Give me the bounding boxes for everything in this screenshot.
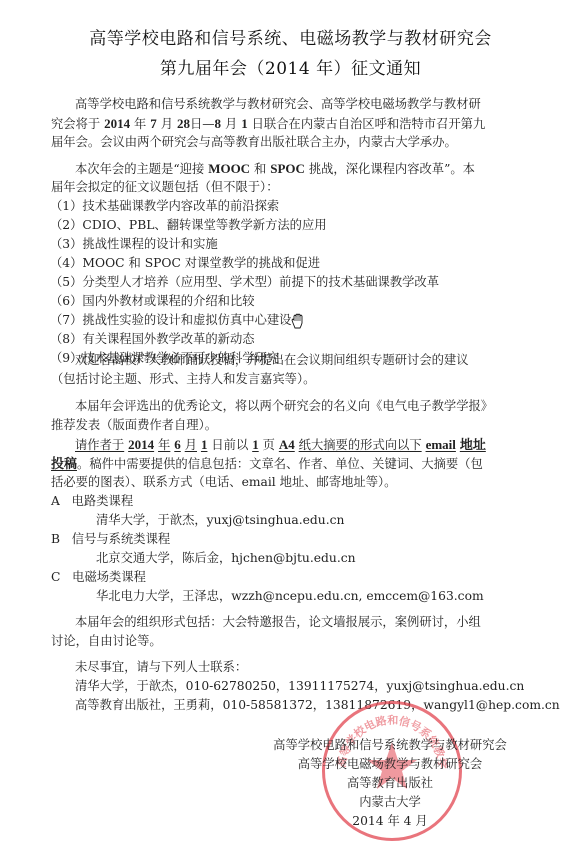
category-letter: B [51, 532, 60, 546]
topic-item-7: （7）挑战性实验的设计和虚拟仿真中心建设 [50, 312, 291, 329]
text: 。稿件中需要提供的信息包括：文章名、作者、单位、关键词、大摘要（包 [77, 457, 483, 471]
category-name: 信号与系统类课程 [72, 532, 170, 546]
topic-item-1: （1）技术基础课教学内容改革的前沿探索 [50, 198, 279, 215]
document-page: 高等学校电路和信号系统、电磁场教学与教材研究会 第九届年会（2014 年）征文通… [0, 0, 581, 857]
para2-line1: 本次年会的主题是“迎接 MOOC 和 SPOC 挑战，深化课程内容改革”。本 [75, 160, 475, 178]
text: 日— [190, 117, 215, 131]
para4-line2: 推荐发表（版面费作者自理）。 [51, 417, 217, 434]
text: SPOC [270, 161, 305, 176]
signature-line-3: 高等教育出版社 [220, 775, 560, 792]
para3-line1: 欢迎各高校广大教师踊跃投稿，并提出在会议期间组织专题研讨会的建议 [75, 352, 469, 369]
para4-line1: 本届年会评选出的优秀论文，将以两个研究会的名义向《电气电子教学学报》 [75, 398, 493, 415]
text: 月 [185, 438, 197, 452]
text: 挑战，深化课程内容改革”。本 [309, 162, 475, 176]
topic-item-8: （8）有关课程国外教学改革的新动态 [50, 331, 255, 348]
para5-line1: 请作者于 2014 年 6 月 1 日前以 1 页 A4 纸大摘要的形式向以下 … [75, 436, 486, 454]
text: 6 [174, 437, 181, 452]
category-b-contact: 北京交通大学，陈后金，hjchen@bjtu.edu.cn [96, 550, 356, 567]
para5-line3: 括必要的图表）、联系方式（电话、email 地址、邮寄地址等）。 [51, 474, 396, 491]
text: email [426, 437, 456, 452]
para1-line1: 高等学校电路和信号系统教学与教材研究会、高等学校电磁场教学与教材研 [75, 96, 481, 113]
hand-cursor-icon [291, 313, 305, 329]
category-c-contact: 华北电力大学，王泽忠，wzzh@ncepu.edu.cn, emccem@163… [96, 588, 484, 605]
category-a-contact: 清华大学，于歆杰，yuxj@tsinghua.edu.cn [96, 512, 344, 529]
text: 1 [201, 437, 208, 452]
text: 请作者于 [75, 438, 124, 452]
category-letter: A [51, 494, 60, 508]
text: 和 [254, 162, 266, 176]
category-b: B 信号与系统类课程 [51, 531, 170, 548]
text: 月 [161, 117, 173, 131]
text: 2014 [128, 437, 154, 452]
text: MOOC [208, 161, 250, 176]
category-a: A 电路类课程 [51, 493, 133, 510]
contact-line-2: 高等教育出版社，王勇莉，010-58581372，13811872619，wan… [75, 697, 560, 714]
para3-line2: （包括讨论主题、形式、主持人和发言嘉宾等）。 [51, 371, 315, 388]
para2-line2: 届年会拟定的征文议题包括（但不限于）： [51, 179, 279, 196]
day: 28 [177, 116, 190, 131]
text: 年 [158, 438, 170, 452]
text: 纸大摘要的形式向以下 [299, 438, 422, 452]
category-letter: C [51, 570, 60, 584]
text: 1 [252, 437, 259, 452]
text: 页 [263, 438, 275, 452]
signature-date: 2014 年 4 月 [220, 813, 560, 830]
day: 1 [241, 116, 248, 131]
text: 日联合在内蒙古自治区呼和浩特市召开第九 [252, 117, 486, 131]
para6-line1: 本届年会的组织形式包括：大会特邀报告，论文墙报展示，案例研讨，小组 [75, 614, 481, 631]
topic-item-4: （4）MOOC 和 SPOC 对课堂教学的挑战和促进 [50, 255, 320, 272]
para6-line2: 讨论，自由讨论等。 [51, 633, 162, 650]
year: 2014 [104, 116, 130, 131]
text: 本次年会的主题是“迎接 [75, 162, 204, 176]
text: 地址 [460, 437, 486, 452]
month: 8 [215, 116, 222, 131]
topic-item-6: （6）国内外教材或课程的介绍和比较 [50, 293, 255, 310]
category-name: 电磁场类课程 [72, 570, 146, 584]
signature-line-4: 内蒙古大学 [220, 794, 560, 811]
signature-line-1: 高等学校电路和信号系统教学与教材研究会 [220, 737, 560, 754]
topic-item-3: （3）挑战性课程的设计和实施 [50, 236, 218, 253]
contact-line-1: 清华大学，于歆杰，010-62780250，13911175274，yuxj@t… [75, 678, 524, 695]
signature-line-2: 高等学校电磁场教学与教材研究会 [220, 756, 560, 773]
text: 年 [134, 117, 146, 131]
month: 7 [150, 116, 157, 131]
text: 究会将于 [51, 117, 100, 131]
text: A4 [279, 437, 295, 452]
contacts-intro: 未尽事宜，请与下列人士联系： [75, 659, 247, 676]
topic-item-2: （2）CDIO、PBL、翻转课堂等教学新方法的应用 [50, 217, 327, 234]
text: 投稿 [51, 456, 77, 471]
text: 日前以 [211, 438, 248, 452]
topic-item-5: （5）分类型人才培养（应用型、学术型）前提下的技术基础课教学改革 [50, 274, 439, 291]
document-title-line1: 高等学校电路和信号系统、电磁场教学与教材研究会 [0, 24, 581, 49]
para1-line3: 届年会。会议由两个研究会与高等教育出版社联合主办，内蒙古大学承办。 [51, 134, 457, 151]
category-name: 电路类课程 [72, 494, 134, 508]
document-title-line2: 第九届年会（2014 年）征文通知 [0, 54, 581, 79]
category-c: C 电磁场类课程 [51, 569, 146, 586]
text: 月 [225, 117, 237, 131]
para5-line2: 投稿。稿件中需要提供的信息包括：文章名、作者、单位、关键词、大摘要（包 [51, 455, 483, 473]
para1-line2: 究会将于 2014 年 7 月 28日—8 月 1 日联合在内蒙古自治区呼和浩特… [51, 115, 485, 133]
